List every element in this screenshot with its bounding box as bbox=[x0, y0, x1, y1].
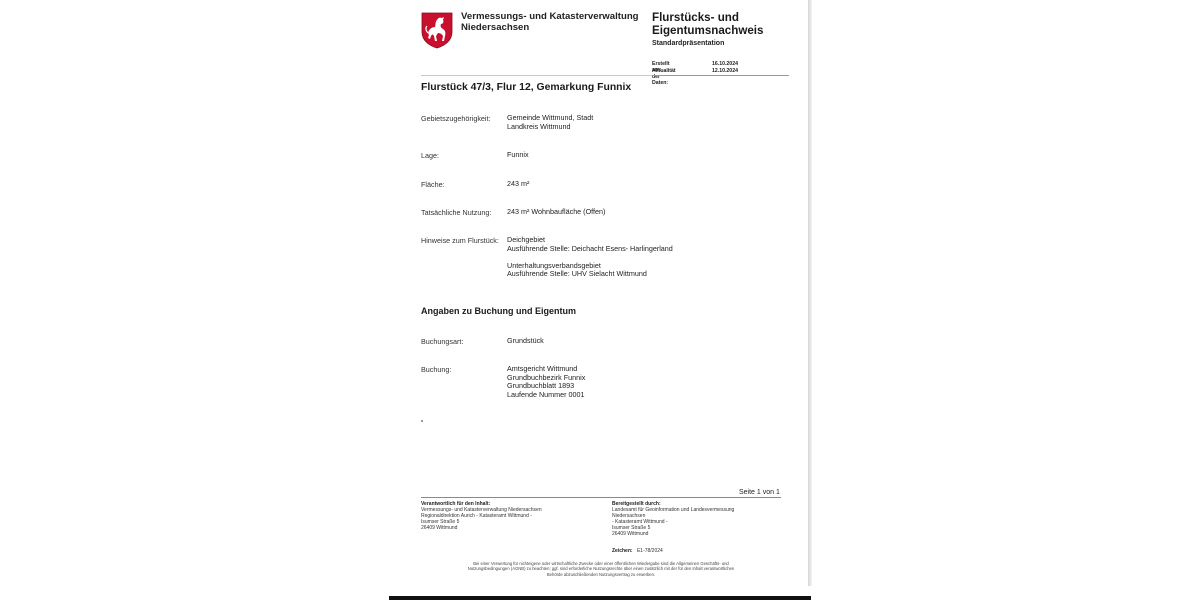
field-value: Gemeinde Wittmund, Stadt Landkreis Wittm… bbox=[507, 114, 593, 131]
document-title-line: Eigentumsnachweis bbox=[652, 25, 763, 38]
footer-divider bbox=[421, 497, 781, 498]
field-value-line: Ausführende Stelle: Deichacht Esens- Har… bbox=[507, 245, 673, 254]
field-value-line: Ausführende Stelle: UHV Sielacht Wittmun… bbox=[507, 270, 673, 279]
reference-value: E1-78/2024 bbox=[637, 548, 663, 554]
scan-artifact bbox=[421, 420, 423, 422]
page-indicator: Seite 1 von 1 bbox=[739, 489, 780, 496]
header-divider bbox=[421, 75, 652, 76]
field-value-line: Landkreis Wittmund bbox=[507, 123, 593, 132]
coat-of-arms-icon bbox=[421, 12, 453, 49]
header-divider bbox=[652, 75, 789, 76]
parcel-title: Flurstück 47/3, Flur 12, Gemarkung Funni… bbox=[421, 82, 631, 93]
usage-disclaimer: Bei einer Verwertung für nichteigene ode… bbox=[460, 561, 742, 577]
meta-value: 16.10.2024 bbox=[712, 61, 738, 67]
booking-title: Angaben zu Buchung und Eigentum bbox=[421, 306, 576, 316]
field-value-line: Funnix bbox=[507, 151, 529, 160]
organization-line: Niedersachsen bbox=[461, 23, 639, 34]
field-value-line: Laufende Nummer 0001 bbox=[507, 391, 585, 400]
field-label: Tatsächliche Nutzung: bbox=[421, 208, 491, 217]
field-value: Grundstück bbox=[507, 337, 544, 346]
meta-value: 12.10.2024 bbox=[712, 68, 738, 74]
responsible-line: 26409 Wittmund bbox=[421, 525, 542, 531]
reference-number: Zeichen: E1-78/2024 bbox=[612, 548, 663, 554]
meta-label: Aktualität der Daten: bbox=[652, 68, 676, 86]
field-value-line: 243 m² bbox=[507, 180, 529, 189]
document-subtitle: Standardpräsentation bbox=[652, 40, 724, 47]
field-value: Funnix bbox=[507, 151, 529, 160]
field-value-line: 243 m² Wohnbaufläche (Offen) bbox=[507, 208, 605, 217]
responsible-block: Verantwortlich für den Inhalt: Vermessun… bbox=[421, 501, 542, 531]
organization-line: Vermessungs- und Katasterverwaltung bbox=[461, 12, 639, 23]
field-value: 243 m² Wohnbaufläche (Offen) bbox=[507, 208, 605, 217]
field-label: Lage: bbox=[421, 151, 439, 160]
organization-name: Vermessungs- und Katasterverwaltung Nied… bbox=[461, 12, 639, 33]
document-title-line: Flurstücks- und bbox=[652, 12, 763, 25]
field-value: Deichgebiet Ausführende Stelle: Deichach… bbox=[507, 236, 673, 279]
field-label: Buchungsart: bbox=[421, 337, 463, 346]
field-value: Amtsgericht Wittmund Grundbuchbezirk Fun… bbox=[507, 365, 585, 399]
field-label: Fläche: bbox=[421, 180, 445, 189]
field-value: 243 m² bbox=[507, 180, 529, 189]
field-value-line: Grundstück bbox=[507, 337, 544, 346]
viewer-bottom-bar bbox=[389, 596, 811, 600]
provided-by-line: 26409 Wittmund bbox=[612, 531, 734, 537]
field-label: Gebietszugehörigkeit: bbox=[421, 114, 491, 123]
reference-label: Zeichen: bbox=[612, 548, 633, 554]
provided-by-block: Bereitgestellt durch: Landesamt für Geoi… bbox=[612, 501, 734, 537]
page-shadow bbox=[808, 0, 812, 586]
document-title: Flurstücks- und Eigentumsnachweis bbox=[652, 12, 763, 37]
field-label: Hinweise zum Flurstück: bbox=[421, 236, 499, 245]
field-label: Buchung: bbox=[421, 365, 451, 374]
